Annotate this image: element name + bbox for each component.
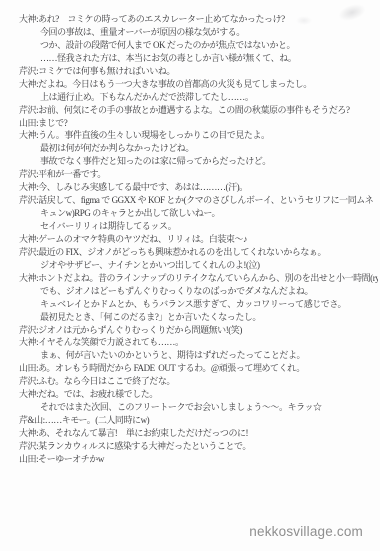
line-text: イヤそんな笑顔で力説されても……。 [38, 336, 183, 349]
transcript-line: 芹沢:ジオノは元からずんぐりむっくりだから問題無い!(笑) [19, 324, 378, 337]
transcript-line: 芹沢:平和が一番です。 [19, 168, 378, 181]
speaker-label: 芹&山: [19, 414, 45, 427]
line-text: あれ? コミケの時ってあのエスカレーター止めてなかったっけ? [38, 13, 285, 26]
transcript-line: 大神:イヤそんな笑顔で力説されても……。 [19, 336, 378, 349]
line-text: セイバーリリィは期待してるッス。 [40, 220, 176, 233]
speaker-label: 芹沢: [19, 375, 38, 388]
line-text: 最初は何が何だか判らなかったけどね。 [40, 142, 194, 155]
transcript-line: 芹沢:ふむ。なら今日はここで終了だな。 [19, 375, 378, 388]
speaker-label: 大神: [19, 272, 38, 285]
transcript: 大神:あれ? コミケの時ってあのエスカレーター止めてなかったっけ? 今回の事故は… [19, 13, 378, 466]
transcript-line: 山田:そーゆーオチかw [19, 453, 378, 466]
transcript-line: キュベレイとかドムとか、もうバランス悪すぎて、カッコワリーって感じでさ。 [19, 298, 378, 311]
line-text: キュベレイとかドムとか、もうバランス悪すぎて、カッコワリーって感じでさ。 [40, 298, 346, 311]
speaker-label: 大神: [19, 129, 38, 142]
transcript-line: 最初見たとき、「何このだるま?」とか言いたくなったし。 [19, 311, 378, 324]
line-text: まじで? [38, 117, 67, 130]
transcript-line: 大神:今、しみじみ実感してる最中です、あはは………(汗)。 [19, 181, 378, 194]
transcript-line: 大神:ゲームのオマケ特典のヤツだね、リリィは。白装束〜♪ [19, 233, 378, 246]
line-text: 事故でなく事件だと知ったのは家に帰ってからだったけど。 [40, 155, 271, 168]
document-page: 大神:あれ? コミケの時ってあのエスカレーター止めてなかったっけ? 今回の事故は… [0, 0, 380, 551]
transcript-line: つか、設計の段階で何人まで OK だったのかが焦点ではないかと。 [19, 39, 378, 52]
line-text: ……キモー。(二人同時にw) [45, 414, 149, 427]
transcript-line: 大神:あれ? コミケの時ってあのエスカレーター止めてなかったっけ? [19, 13, 378, 26]
transcript-line: まぁ、何が言いたいのかというと、期待はずれだったってことだよ。 [19, 349, 378, 362]
line-text: キュンw)RPG のキャラとか出して欲しいねー。 [40, 207, 220, 220]
line-text: つか、設計の段階で何人まで OK だったのかが焦点ではないかと。 [40, 39, 295, 52]
speaker-label: 山田: [19, 362, 38, 375]
line-text: 平和が一番です。 [38, 168, 106, 181]
speaker-label: 大神: [19, 78, 38, 91]
speaker-label: 山田: [19, 453, 38, 466]
line-text: 今回の事故は、重量オーバーが原因の様な気がする。 [40, 26, 245, 39]
transcript-line: 大神:だよね。今日はもう一つ大きな事故の首都高の火災も見てしまったし。 [19, 78, 378, 91]
transcript-line: セイバーリリィは期待してるッス。 [19, 220, 378, 233]
line-text: 上は通行止め。下もなんだかんだで渋滞してたし……。 [40, 91, 253, 104]
speaker-label: 芹沢: [19, 324, 38, 337]
line-text: だね。では、お疲れ様でした。 [38, 388, 158, 401]
speaker-label: 大神: [19, 181, 38, 194]
transcript-line: 芹沢:コミケでは何事も無ければいいね。 [19, 65, 378, 78]
line-text: ……怪我された方は、本当にお気の毒としか言い様が無くて、ね。 [40, 52, 296, 65]
line-text: ゲームのオマケ特典のヤツだね、リリィは。白装束〜♪ [38, 233, 247, 246]
speaker-label: 大神: [19, 233, 38, 246]
transcript-line: 山田:あ。オレもう時間だから FADE OUT するわ。@頑張って埋めてくれ。 [19, 362, 378, 375]
transcript-line: 芹沢:お前、何気にその手の事故とか遭遇するよな。この間の秋葉原の事件もそうだろ? [19, 104, 378, 117]
watermark: nekkosvillage.com [249, 524, 363, 539]
line-text: ホントだよね。昔のラインナップのリテイクなんていらんから、別のを出せと小一時間(… [38, 272, 378, 285]
line-text: 某ランカウィルスに感染する大神だったということで。 [38, 440, 251, 453]
transcript-line: 芹沢:話戻して、figma で GGXX や KOF とか(クマのさびしんボーイ… [19, 194, 378, 207]
transcript-line: 芹沢:某ランカウィルスに感染する大神だったということで。 [19, 440, 378, 453]
transcript-line: キュンw)RPG のキャラとか出して欲しいねー。 [19, 207, 378, 220]
transcript-line: 大神:ホントだよね。昔のラインナップのリテイクなんていらんから、別のを出せと小一… [19, 272, 378, 285]
speaker-label: 芹沢: [19, 65, 38, 78]
line-text: お前、何気にその手の事故とか遭遇するよな。この間の秋葉原の事件もそうだろ? [38, 104, 349, 117]
line-text: 今、しみじみ実感してる最中です、あはは………(汗)。 [38, 181, 248, 194]
line-text: ジオノは元からずんぐりむっくりだから問題無い!(笑) [38, 324, 242, 337]
transcript-line: でも、ジオノはどーもずんぐりむっくりなのばっかでダメなんだよね。 [19, 285, 378, 298]
line-text: ふむ。なら今日はここで終了だな。 [38, 375, 175, 388]
speaker-label: 芹沢: [19, 246, 38, 259]
transcript-line: 大神:だね。では、お疲れ様でした。 [19, 388, 378, 401]
speaker-label: 大神: [19, 427, 38, 440]
line-text: コミケでは何事も無ければいいね。 [38, 65, 175, 78]
transcript-line: 最初は何が何だか判らなかったけどね。 [19, 142, 378, 155]
line-text: そーゆーオチかw [38, 453, 104, 466]
line-text: あ、それなんて暴言! 単にお約束しただけだっつのに! [38, 427, 248, 440]
line-text: だよね。今日はもう一つ大きな事故の首都高の火災も見てしまったし。 [38, 78, 312, 91]
line-text: うん。事件直後の生々しい現場をしっかりこの目で見たよ。 [38, 129, 269, 142]
speaker-label: 大神: [19, 13, 38, 26]
line-text: 最初見たとき、「何このだるま?」とか言いたくなったし。 [40, 311, 261, 324]
speaker-label: 芹沢: [19, 194, 38, 207]
transcript-line: 上は通行止め。下もなんだかんだで渋滞してたし……。 [19, 91, 378, 104]
line-text: あ。オレもう時間だから FADE OUT するわ。@頑張って埋めてくれ。 [38, 362, 305, 375]
line-text: 最近の FIX、ジオノがどっちも興味惹かれるのを出してくれないからなぁ。 [38, 246, 326, 259]
transcript-line: 今回の事故は、重量オーバーが原因の様な気がする。 [19, 26, 378, 39]
line-text: でも、ジオノはどーもずんぐりむっくりなのばっかでダメなんだよね。 [40, 285, 313, 298]
speaker-label: 山田: [19, 117, 38, 130]
speaker-label: 芹沢: [19, 168, 38, 181]
transcript-line: 大神:うん。事件直後の生々しい現場をしっかりこの目で見たよ。 [19, 129, 378, 142]
transcript-line: 大神:あ、それなんて暴言! 単にお約束しただけだっつのに! [19, 427, 378, 440]
speaker-label: 大神: [19, 336, 38, 349]
transcript-line: 事故でなく事件だと知ったのは家に帰ってからだったけど。 [19, 155, 378, 168]
transcript-line: 芹&山:……キモー。(二人同時にw) [19, 414, 378, 427]
line-text: それではまた次回、このフリートークでお会いしましょう〜〜。キラッ☆ [40, 401, 322, 414]
speaker-label: 芹沢: [19, 104, 38, 117]
line-text: まぁ、何が言いたいのかというと、期待はずれだったってことだよ。 [40, 349, 305, 362]
transcript-line: ……怪我された方は、本当にお気の毒としか言い様が無くて、ね。 [19, 52, 378, 65]
line-text: ジオやサザビー、ナイチンとかいつ出してくれんのよ!(泣) [40, 259, 260, 272]
transcript-line: 芹沢:最近の FIX、ジオノがどっちも興味惹かれるのを出してくれないからなぁ。 [19, 246, 378, 259]
speaker-label: 大神: [19, 388, 38, 401]
speaker-label: 芹沢: [19, 440, 38, 453]
transcript-line: ジオやサザビー、ナイチンとかいつ出してくれんのよ!(泣) [19, 259, 378, 272]
transcript-line: 山田:まじで? [19, 117, 378, 130]
transcript-line: それではまた次回、このフリートークでお会いしましょう〜〜。キラッ☆ [19, 401, 378, 414]
line-text: 話戻して、figma で GGXX や KOF とか(クマのさびしんボーイ、とい… [38, 194, 373, 207]
